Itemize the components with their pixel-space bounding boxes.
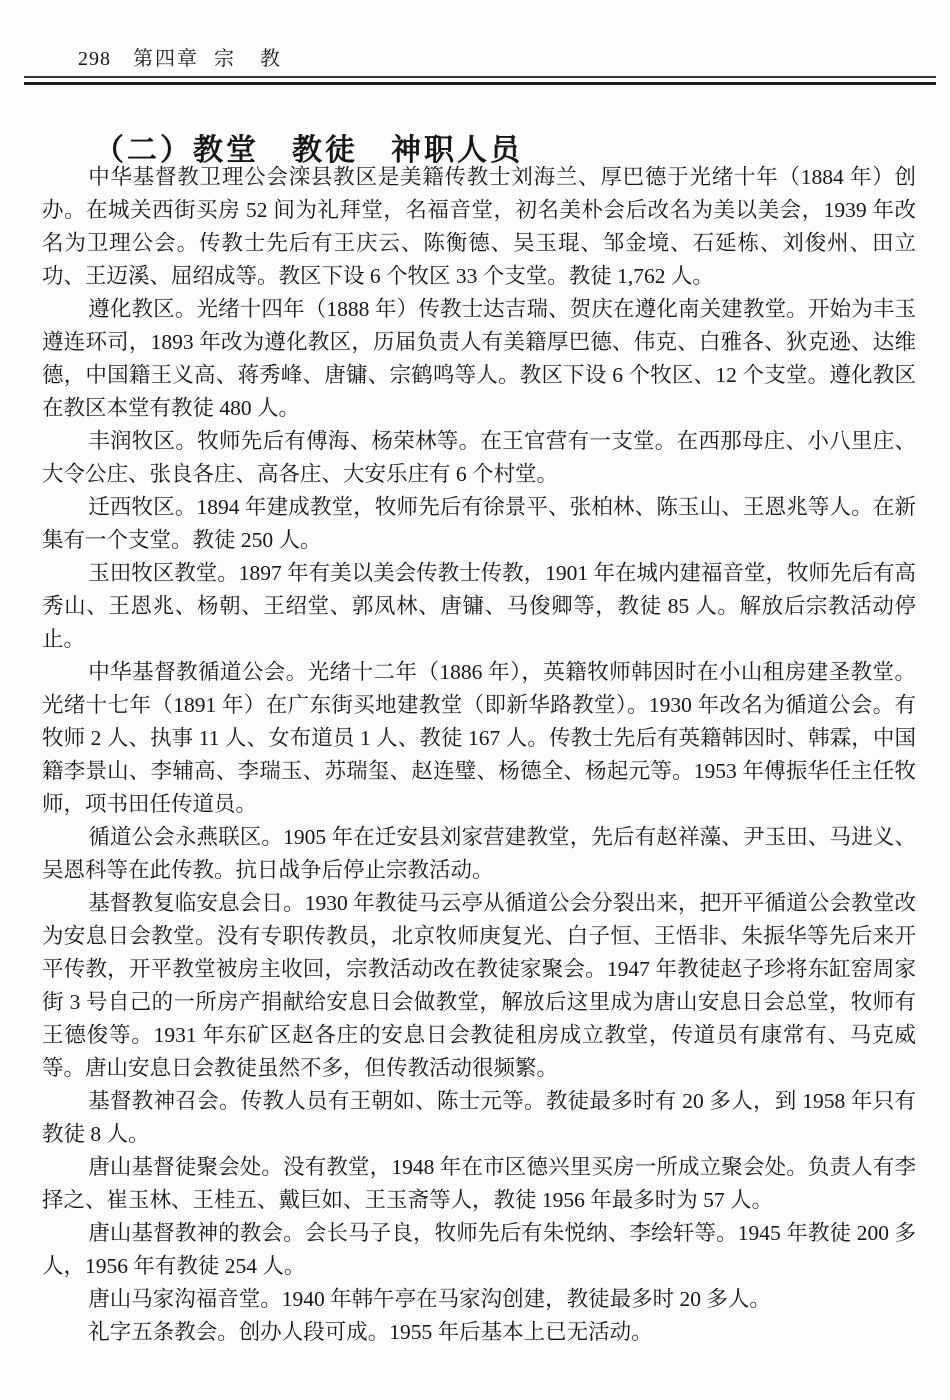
paragraph: 唐山基督徒聚会处。没有教堂，1948 年在市区德兴里买房一所成立聚会处。负责人有… [42, 1151, 916, 1217]
paragraph: 遵化教区。光绪十四年（1888 年）传教士达吉瑞、贺庆在遵化南关建教堂。开始为丰… [42, 293, 916, 425]
paragraph: 玉田牧区教堂。1897 年有美以美会传教士传教，1901 年在城内建福音堂，牧师… [42, 557, 916, 656]
paragraph: 基督教神召会。传教人员有王朝如、陈士元等。教徒最多时有 20 多人，到 1958… [42, 1085, 916, 1151]
running-head: 298 第四章 宗教 [78, 42, 306, 71]
paragraph: 基督教复临安息会日。1930 年教徒马云亭从循道公会分裂出来，把开平循道公会教堂… [42, 887, 916, 1085]
paragraph: 迁西牧区。1894 年建成教堂，牧师先后有徐景平、张柏林、陈玉山、王恩兆等人。在… [42, 491, 916, 557]
scanned-book-page: 298 第四章 宗教 （二）教堂 教徒 神职人员 中华基督教卫理公会滦县教区是美… [0, 0, 950, 1400]
chapter-subject: 宗教 [214, 42, 306, 71]
paragraph: 丰润牧区。牧师先后有傅海、杨荣林等。在王官营有一支堂。在西那母庄、小八里庄、大令… [42, 425, 916, 491]
paragraph: 唐山马家沟福音堂。1940 年韩午亭在马家沟创建，教徒最多时 20 多人。 [42, 1283, 916, 1316]
paragraph: 中华基督教循道公会。光绪十二年（1886 年），英籍牧师韩因时在小山租房建圣教堂… [42, 656, 916, 821]
paragraph: 唐山基督教神的教会。会长马子良，牧师先后有朱悦纳、李绘轩等。1945 年教徒 2… [42, 1217, 916, 1283]
paragraph: 中华基督教卫理公会滦县教区是美籍传教士刘海兰、厚巴德于光绪十年（1884 年）创… [42, 161, 916, 293]
chapter-label: 第四章 [133, 42, 199, 71]
paragraph: 礼字五条教会。创办人段可成。1955 年后基本上已无活动。 [42, 1316, 916, 1349]
paragraph: 循道公会永燕联区。1905 年在迁安县刘家营建教堂，先后有赵祥藻、尹玉田、马进义… [42, 821, 916, 887]
page-number: 298 [78, 48, 111, 71]
body-text: 中华基督教卫理公会滦县教区是美籍传教士刘海兰、厚巴德于光绪十年（1884 年）创… [42, 161, 916, 1349]
header-rule [24, 76, 936, 85]
